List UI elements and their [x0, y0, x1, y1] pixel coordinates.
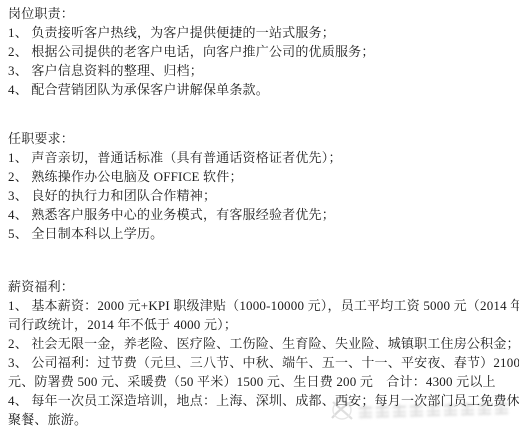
text-line: 4、 熟悉客户服务中心的业务模式，有客服经验者优先； [8, 205, 513, 224]
text-line: 聚餐、旅游。 [8, 410, 513, 426]
text-line: 3、 客户信息资料的整理、归档； [8, 61, 513, 80]
section-job-requirements: 任职要求：1、 声音亲切，普通话标准（具有普通话资格证者优先）；2、 熟练操作办… [8, 129, 513, 243]
text-line: 1、 声音亲切，普通话标准（具有普通话资格证者优先）； [8, 148, 513, 167]
text-line: 1、 基本薪资：2000 元+KPI 职级津贴（1000-10000 元），员工… [8, 296, 513, 315]
section-job-duties-heading: 岗位职责： [8, 4, 513, 23]
text-line: 1、 负责接听客户热线，为客户提供便捷的一站式服务； [8, 23, 513, 42]
section-job-requirements-heading: 任职要求： [8, 129, 513, 148]
text-line: 司行政统计，2014 年不低于 4000 元）； [8, 315, 513, 334]
text-line: 5、 全日制本科以上学历。 [8, 224, 513, 243]
text-line: 3、 公司福利：过节费（元旦、三八节、中秋、端午、五一、十一、平安夜、春节）21… [8, 353, 513, 372]
section-salary-benefits: 薪资福利：1、 基本薪资：2000 元+KPI 职级津贴（1000-10000 … [8, 277, 513, 426]
text-line: 2、 根据公司提供的老客户电话，向客户推广公司的优质服务； [8, 42, 513, 61]
section-job-duties: 岗位职责：1、 负责接听客户热线，为客户提供便捷的一站式服务；2、 根据公司提供… [8, 4, 513, 99]
document-body: 岗位职责：1、 负责接听客户热线，为客户提供便捷的一站式服务；2、 根据公司提供… [0, 0, 519, 426]
job-posting-document: 岗位职责：1、 负责接听客户热线，为客户提供便捷的一站式服务；2、 根据公司提供… [0, 0, 519, 426]
text-line: 4、 配合营销团队为承保客户讲解保单条款。 [8, 80, 513, 99]
text-line: 2、 社会无限一金，养老险、医疗险、工伤险、生育险、失业险、城镇职工住房公积金； [8, 334, 513, 353]
text-line: 元、防署费 500 元、采暖费（50 平米）1500 元、生日费 200 元 合… [8, 372, 513, 391]
section-salary-benefits-heading: 薪资福利： [8, 277, 513, 296]
text-line: 2、 熟练操作办公电脑及 OFFICE 软件； [8, 167, 513, 186]
text-line: 4、 每年一次员工深造培训，地点：上海、深圳、成都、西安；每月一次部门员工免费休… [8, 391, 513, 410]
text-line: 3、 良好的执行力和团队合作精神； [8, 186, 513, 205]
